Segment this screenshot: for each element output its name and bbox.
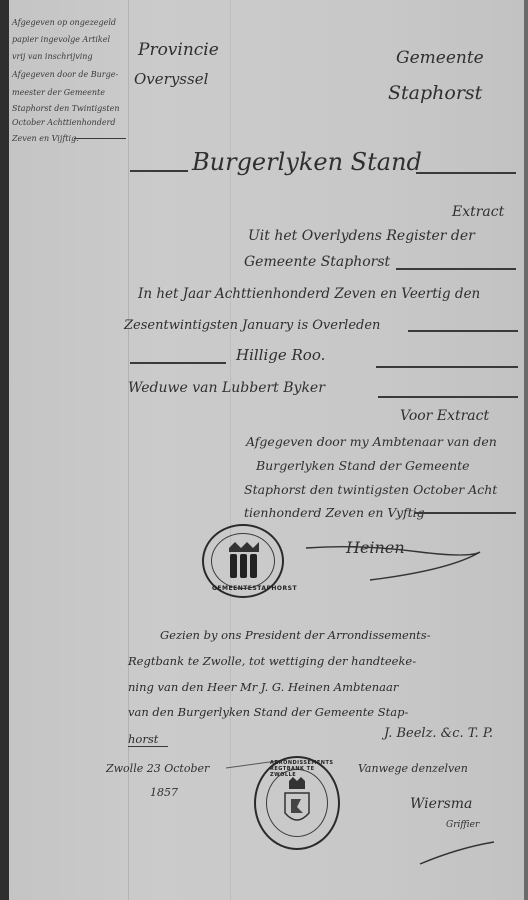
document-page: Afgegeven op ongezegeld papier ingevolge… [0, 0, 528, 900]
page-title: Burgerlyken Stand [192, 148, 422, 176]
rule [396, 268, 516, 270]
municipal-seal: GEMEENTESTAPHORST [202, 524, 284, 598]
certification-label: Voor Extract [400, 408, 489, 424]
margin-note-line: October Achttienhonderd [12, 118, 116, 127]
court-seal-coat-of-arms-icon [279, 777, 315, 829]
seal-emblem-icon [223, 540, 263, 582]
legalization-line-3: ning van den Heer Mr J. G. Heinen Ambten… [128, 680, 398, 694]
margin-note-line: papier ingevolge Artikel [12, 35, 110, 44]
legalization-line-2: Regtbank te Zwolle, tot wettiging der ha… [128, 654, 416, 668]
title-rule-left [130, 170, 188, 172]
body-line-1: Uit het Overlydens Register der [248, 228, 475, 244]
margin-note-line: Staphorst den Twintigsten [12, 104, 120, 113]
body-line-6: Weduwe van Lubbert Byker [128, 380, 325, 396]
certification-line-4: tienhonderd Zeven en Vyftig [244, 505, 425, 520]
legalization-line-4: van den Burgerlyken Stand der Gemeente S… [128, 705, 408, 719]
year: 1857 [150, 786, 178, 799]
rule [376, 366, 518, 368]
margin-note-line: vrij van inschrijving [12, 52, 93, 61]
province-label: Provincie [138, 40, 219, 60]
court-seal: ARRONDISSEMENTS REGTBANK TE ZWOLLE [254, 756, 340, 850]
margin-note-line: Zeven en Vijftig. [12, 134, 79, 143]
page-right-edge [524, 0, 528, 900]
certification-line-2: Burgerlyken Stand der Gemeente [256, 458, 470, 473]
legalization-line-5: horst [128, 732, 158, 746]
clerk-title: Griffier [446, 820, 479, 830]
margin-note-line: meester der Gemeente [12, 88, 105, 97]
municipality-value: Staphorst [388, 82, 482, 104]
certification-line-3: Staphorst den twintigsten October Acht [244, 482, 497, 497]
margin-note-line: Afgegeven door de Burge- [12, 70, 118, 79]
legalization-line-1: Gezien by ons President der Arrondisseme… [160, 628, 431, 642]
court-seal-text: ARRONDISSEMENTS REGTBANK TE ZWOLLE [270, 760, 338, 778]
place-date: Zwolle 23 October [106, 762, 209, 775]
rule [408, 330, 518, 332]
president-signature: J. Beelz. &c. T. P. [384, 726, 493, 741]
municipality-label: Gemeente [396, 48, 484, 68]
clerk-label: Vanwege denzelven [358, 762, 468, 775]
deceased-name: Hillige Roo. [236, 346, 325, 364]
municipal-seal-text: GEMEENTESTAPHORST [212, 585, 297, 592]
rule [128, 746, 168, 747]
signature-flourish [300, 540, 490, 585]
certification-line-1: Afgegeven door my Ambtenaar van den [246, 434, 497, 449]
margin-note-underline [74, 138, 126, 139]
clerk-signature: Wiersma [410, 796, 472, 812]
body-line-3: In het Jaar Achttienhonderd Zeven en Vee… [138, 286, 480, 302]
page-binding-edge [0, 0, 9, 900]
rule [414, 512, 516, 514]
clerk-flourish [418, 838, 498, 868]
margin-note-line: Afgegeven op ongezegeld [12, 18, 116, 27]
extract-label: Extract [452, 204, 504, 220]
rule [378, 396, 518, 398]
body-line-4: Zesentwintigsten January is Overleden [124, 318, 380, 333]
rule [130, 362, 226, 364]
province-value: Overyssel [134, 70, 208, 88]
body-line-2: Gemeente Staphorst [244, 254, 390, 270]
title-rule-right [416, 172, 516, 174]
